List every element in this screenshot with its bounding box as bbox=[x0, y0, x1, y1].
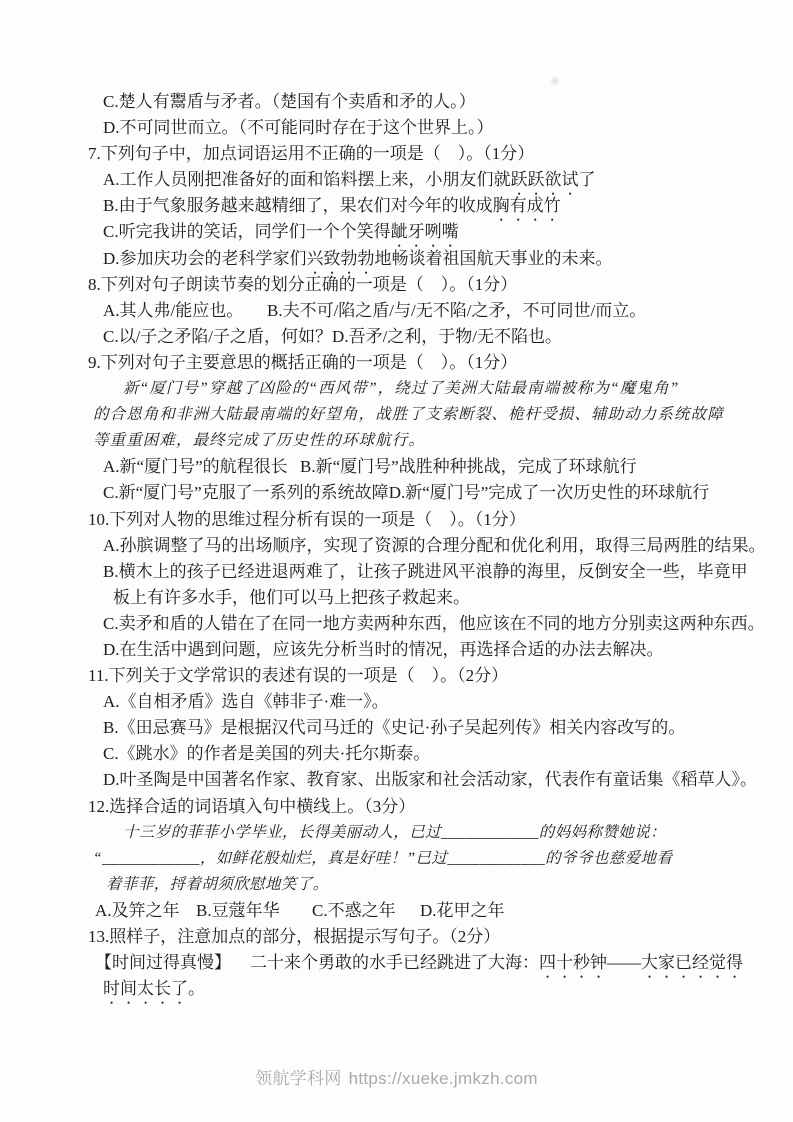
q13-dash: —— bbox=[607, 953, 641, 972]
q7-option-d-tail: 地畅谈着祖国航天事业的未来。 bbox=[375, 249, 613, 268]
watermark-footer: 领航学科网https://xueke.jmkzh.com bbox=[0, 1064, 793, 1089]
q13-stem: 13.照样子，注意加点的部分，根据提示写句子。（2分） bbox=[88, 924, 756, 950]
q6-option-c: C.楚人有鬻盾与矛者。（楚国有个卖盾和矛的人。） bbox=[88, 89, 756, 115]
q13-hint-tag: 【时间过得真慢】 bbox=[95, 953, 231, 972]
q8-option-a: A.其人弗/能应也。 bbox=[103, 298, 267, 324]
exam-page-body: C.楚人有鬻盾与矛者。（楚国有个卖盾和矛的人。） D.不可同世而立。（不可能同时… bbox=[88, 89, 756, 1002]
q7-option-b: B.由于气象服务越来越精细了，果农们对今年的收成胸有成竹 bbox=[88, 193, 756, 219]
q12-stem: 12.选择合适的词语填入句中横线上。（3分） bbox=[88, 794, 756, 820]
q7-option-b-text: B.由于气象服务越来越精细了，果农们对今年的收成 bbox=[103, 196, 493, 215]
q7-option-b-emphasis: 胸有成竹 bbox=[493, 196, 561, 215]
q8-options-row-2: C.以/子之矛陷/子之盾，何如？D.吾矛/之利，于物/无不陷也。 bbox=[88, 324, 756, 350]
q9-option-c: C.新“厦门号”克服了一系列的系统故障 bbox=[103, 480, 389, 506]
q7-option-a: A.工作人员刚把准备好的面和馅料摆上来，小朋友们就跃跃欲试了 bbox=[88, 167, 756, 193]
q8-option-d: D.吾矛/之利，于物/无不陷也。 bbox=[332, 327, 562, 346]
q11-option-c: C.《跳水》的作者是美国的列夫·托尔斯泰。 bbox=[88, 741, 756, 767]
q10-option-b-line-2: 板上有许多水手，他们可以马上把孩子救起来。 bbox=[88, 585, 756, 611]
q7-option-c-emphasis: 龇牙咧嘴 bbox=[391, 222, 459, 241]
q13-period: 。 bbox=[188, 979, 205, 998]
q7-option-d: D.参加庆功会的老科学家们兴致勃勃地畅谈着祖国航天事业的未来。 bbox=[88, 246, 756, 272]
q11-option-d: D.叶圣陶是中国著名作家、教育家、出版家和社会活动家，代表作有童话集《稻草人》。 bbox=[88, 767, 756, 793]
q6-option-d: D.不可同世而立。（不可能同时存在于这个世界上。） bbox=[88, 115, 756, 141]
q7-option-a-text: A.工作人员刚把准备好的面和馅料摆上来，小朋友们就 bbox=[103, 170, 511, 189]
q10-option-a: A.孙膑调整了马的出场顺序，实现了资源的合理分配和优化利用，取得三局两胜的结果。 bbox=[88, 533, 756, 559]
q9-passage-line-3: 等重重困难，最终完成了历史性的环球航行。 bbox=[88, 428, 756, 454]
q8-stem: 8.下列对句子朗读节奏的划分正确的一项是（ ）。（1分） bbox=[88, 272, 756, 298]
q11-option-b: B.《田忌赛马》是根据汉代司马迁的《史记·孙子吴起列传》相关内容改写的。 bbox=[88, 715, 756, 741]
scan-smudge bbox=[550, 76, 560, 86]
q9-passage-line-2: 的合恩角和非洲大陆最南端的好望角，战胜了支索断裂、桅杆受损、辅助动力系统故障 bbox=[88, 402, 756, 428]
q10-stem: 10.下列对人物的思维过程分析有误的一项是（ ）。（1分） bbox=[88, 507, 756, 533]
q11-option-a: A.《自相矛盾》选自《韩非子·难一》。 bbox=[88, 689, 756, 715]
q12-option-d: D.花甲之年 bbox=[420, 901, 505, 920]
q7-option-c: C.听完我讲的笑话，同学们一个个笑得龇牙咧嘴 bbox=[88, 219, 756, 245]
q12-option-a: A.及笄之年 bbox=[95, 898, 196, 924]
q10-option-b-line-1: B.横木上的孩子已经进退两难了，让孩子跳进风平浪静的海里，反倒安全一些，毕竟甲 bbox=[88, 559, 756, 585]
q9-options-row-1: A.新“厦门号”的航程很长B.新“厦门号”战胜种种挑战，完成了环球航行 bbox=[88, 454, 756, 480]
q7-option-c-text: C.听完我讲的笑话，同学们一个个笑得 bbox=[103, 222, 391, 241]
q13-emphasis-2: 大家已经觉得 bbox=[641, 953, 743, 972]
q8-options-row-1: A.其人弗/能应也。B.夫不可/陷之盾/与/无不陷/之矛，不可同世/而立。 bbox=[88, 298, 756, 324]
q7-stem: 7.下列句子中，加点词语运用不正确的一项是（ ）。（1分） bbox=[88, 141, 756, 167]
q12-options-row: A.及笄之年B.豆蔻年华C.不惑之年D.花甲之年 bbox=[88, 898, 756, 924]
q12-option-b: B.豆蔻年华 bbox=[196, 898, 312, 924]
q13-example-text: 二十来个勇敢的水手已经跳进了大海： bbox=[250, 953, 539, 972]
q13-example-line-2: 时间太长了。 bbox=[88, 976, 756, 1002]
q8-option-c: C.以/子之矛陷/子之盾，何如？ bbox=[103, 324, 332, 350]
q9-passage-line-1: 新“厦门号”穿越了凶险的“西风带”，绕过了美洲大陆最南端被称为“魔鬼角” bbox=[88, 376, 756, 402]
q12-option-c: C.不惑之年 bbox=[312, 898, 420, 924]
q9-option-d: D.新“厦门号”完成了一次历史性的环球航行 bbox=[389, 483, 710, 502]
q12-passage-line-3: 着菲菲，捋着胡须欣慰地笑了。 bbox=[88, 872, 756, 898]
q9-option-a: A.新“厦门号”的航程很长 bbox=[103, 454, 300, 480]
q9-option-b: B.新“厦门号”战胜种种挑战，完成了环球航行 bbox=[300, 457, 637, 476]
q13-emphasis-1: 四十秒钟 bbox=[539, 953, 607, 972]
q11-stem: 11.下列关于文学常识的表述有误的一项是（ ）。（2分） bbox=[88, 663, 756, 689]
q10-option-c: C.卖矛和盾的人错在了在同一地方卖两种东西，他应该在不同的地方分别卖这两种东西。 bbox=[88, 611, 756, 637]
site-url: https://xueke.jmkzh.com bbox=[349, 1069, 538, 1088]
q9-stem: 9.下列对句子主要意思的概括正确的一项是（ ）。（1分） bbox=[88, 350, 756, 376]
q7-option-a-tail: 了 bbox=[579, 170, 596, 189]
q10-option-d: D.在生活中遇到问题，应该先分析当时的情况，再选择合适的办法去解决。 bbox=[88, 637, 756, 663]
q7-option-d-emphasis: 兴致勃勃 bbox=[307, 249, 375, 268]
q13-emphasis-3: 时间太长了 bbox=[103, 979, 188, 998]
q12-passage-line-2: “____________，如鲜花般灿烂，真是好哇！”已过___________… bbox=[88, 846, 756, 872]
q7-option-a-emphasis: 跃跃欲试 bbox=[511, 170, 579, 189]
q13-example-line-1: 【时间过得真慢】二十来个勇敢的水手已经跳进了大海：四十秒钟——大家已经觉得 bbox=[88, 950, 756, 976]
q12-passage-line-1: 十三岁的菲菲小学毕业，长得美丽动人，已过____________的妈妈称赞她说： bbox=[88, 820, 756, 846]
q9-options-row-2: C.新“厦门号”克服了一系列的系统故障D.新“厦门号”完成了一次历史性的环球航行 bbox=[88, 480, 756, 506]
q8-option-b: B.夫不可/陷之盾/与/无不陷/之矛，不可同世/而立。 bbox=[267, 301, 646, 320]
site-brand: 领航学科网 bbox=[255, 1069, 342, 1088]
q7-option-d-text: D.参加庆功会的老科学家们 bbox=[103, 249, 307, 268]
